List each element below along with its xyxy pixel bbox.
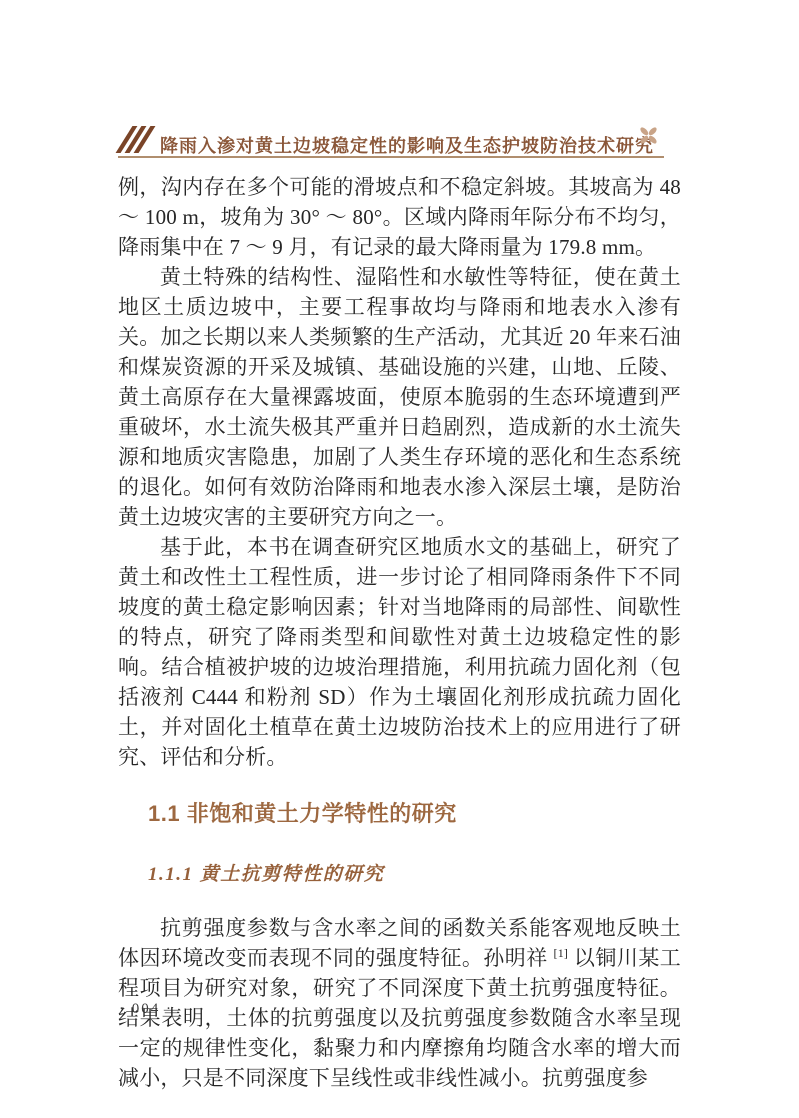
- header-rule: [118, 156, 664, 158]
- flower-ornament-icon: [638, 125, 659, 146]
- page-body: 例，沟内存在多个可能的滑坡点和不稳定斜坡。其坡高为 48 ～ 100 m，坡角为…: [118, 172, 681, 1093]
- citation-reference: [1]: [554, 946, 569, 960]
- section-heading-1-1: 1.1 非饱和黄土力学特性的研究: [148, 801, 681, 827]
- subsection-heading-1-1-1: 1.1.1 黄土抗剪特性的研究: [148, 863, 681, 887]
- paragraph: 基于此，本书在调查研究区地质水文的基础上，研究了黄土和改性土工程性质，进一步讨论…: [118, 532, 681, 772]
- paragraph-continuation: 例，沟内存在多个可能的滑坡点和不稳定斜坡。其坡高为 48 ～ 100 m，坡角为…: [118, 172, 681, 262]
- page-header: 降雨入渗对黄土边坡稳定性的影响及生态护坡防治技术研究: [118, 124, 681, 158]
- book-page: 降雨入渗对黄土边坡稳定性的影响及生态护坡防治技术研究 例，沟内存在多个可能的滑坡…: [0, 0, 799, 1118]
- page-number: · 004 ·: [119, 1001, 173, 1018]
- paragraph: 抗剪强度参数与含水率之间的函数关系能客观地反映土体因环境改变而表现不同的强度特征…: [118, 913, 681, 1093]
- triple-slash-icon: [120, 126, 154, 153]
- running-head-title: 降雨入渗对黄土边坡稳定性的影响及生态护坡防治技术研究: [160, 132, 654, 158]
- paragraph: 黄土特殊的结构性、湿陷性和水敏性等特征，使在黄土地区土质边坡中，主要工程事故均与…: [118, 262, 681, 532]
